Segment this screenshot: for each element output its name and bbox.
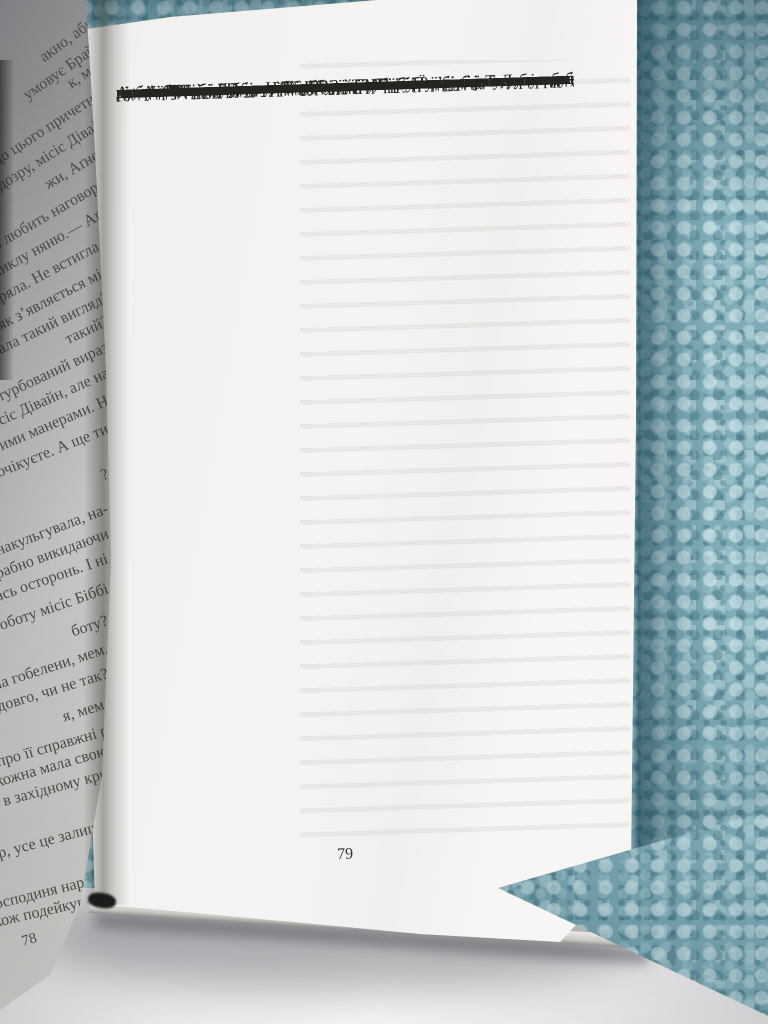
- gutter-shadow: [84, 0, 130, 905]
- book-photo: кеволіла, щойно побачила новонароджену, …: [0, 0, 768, 1024]
- text-showthrough: [300, 60, 630, 840]
- right-page-number: 79: [116, 839, 574, 871]
